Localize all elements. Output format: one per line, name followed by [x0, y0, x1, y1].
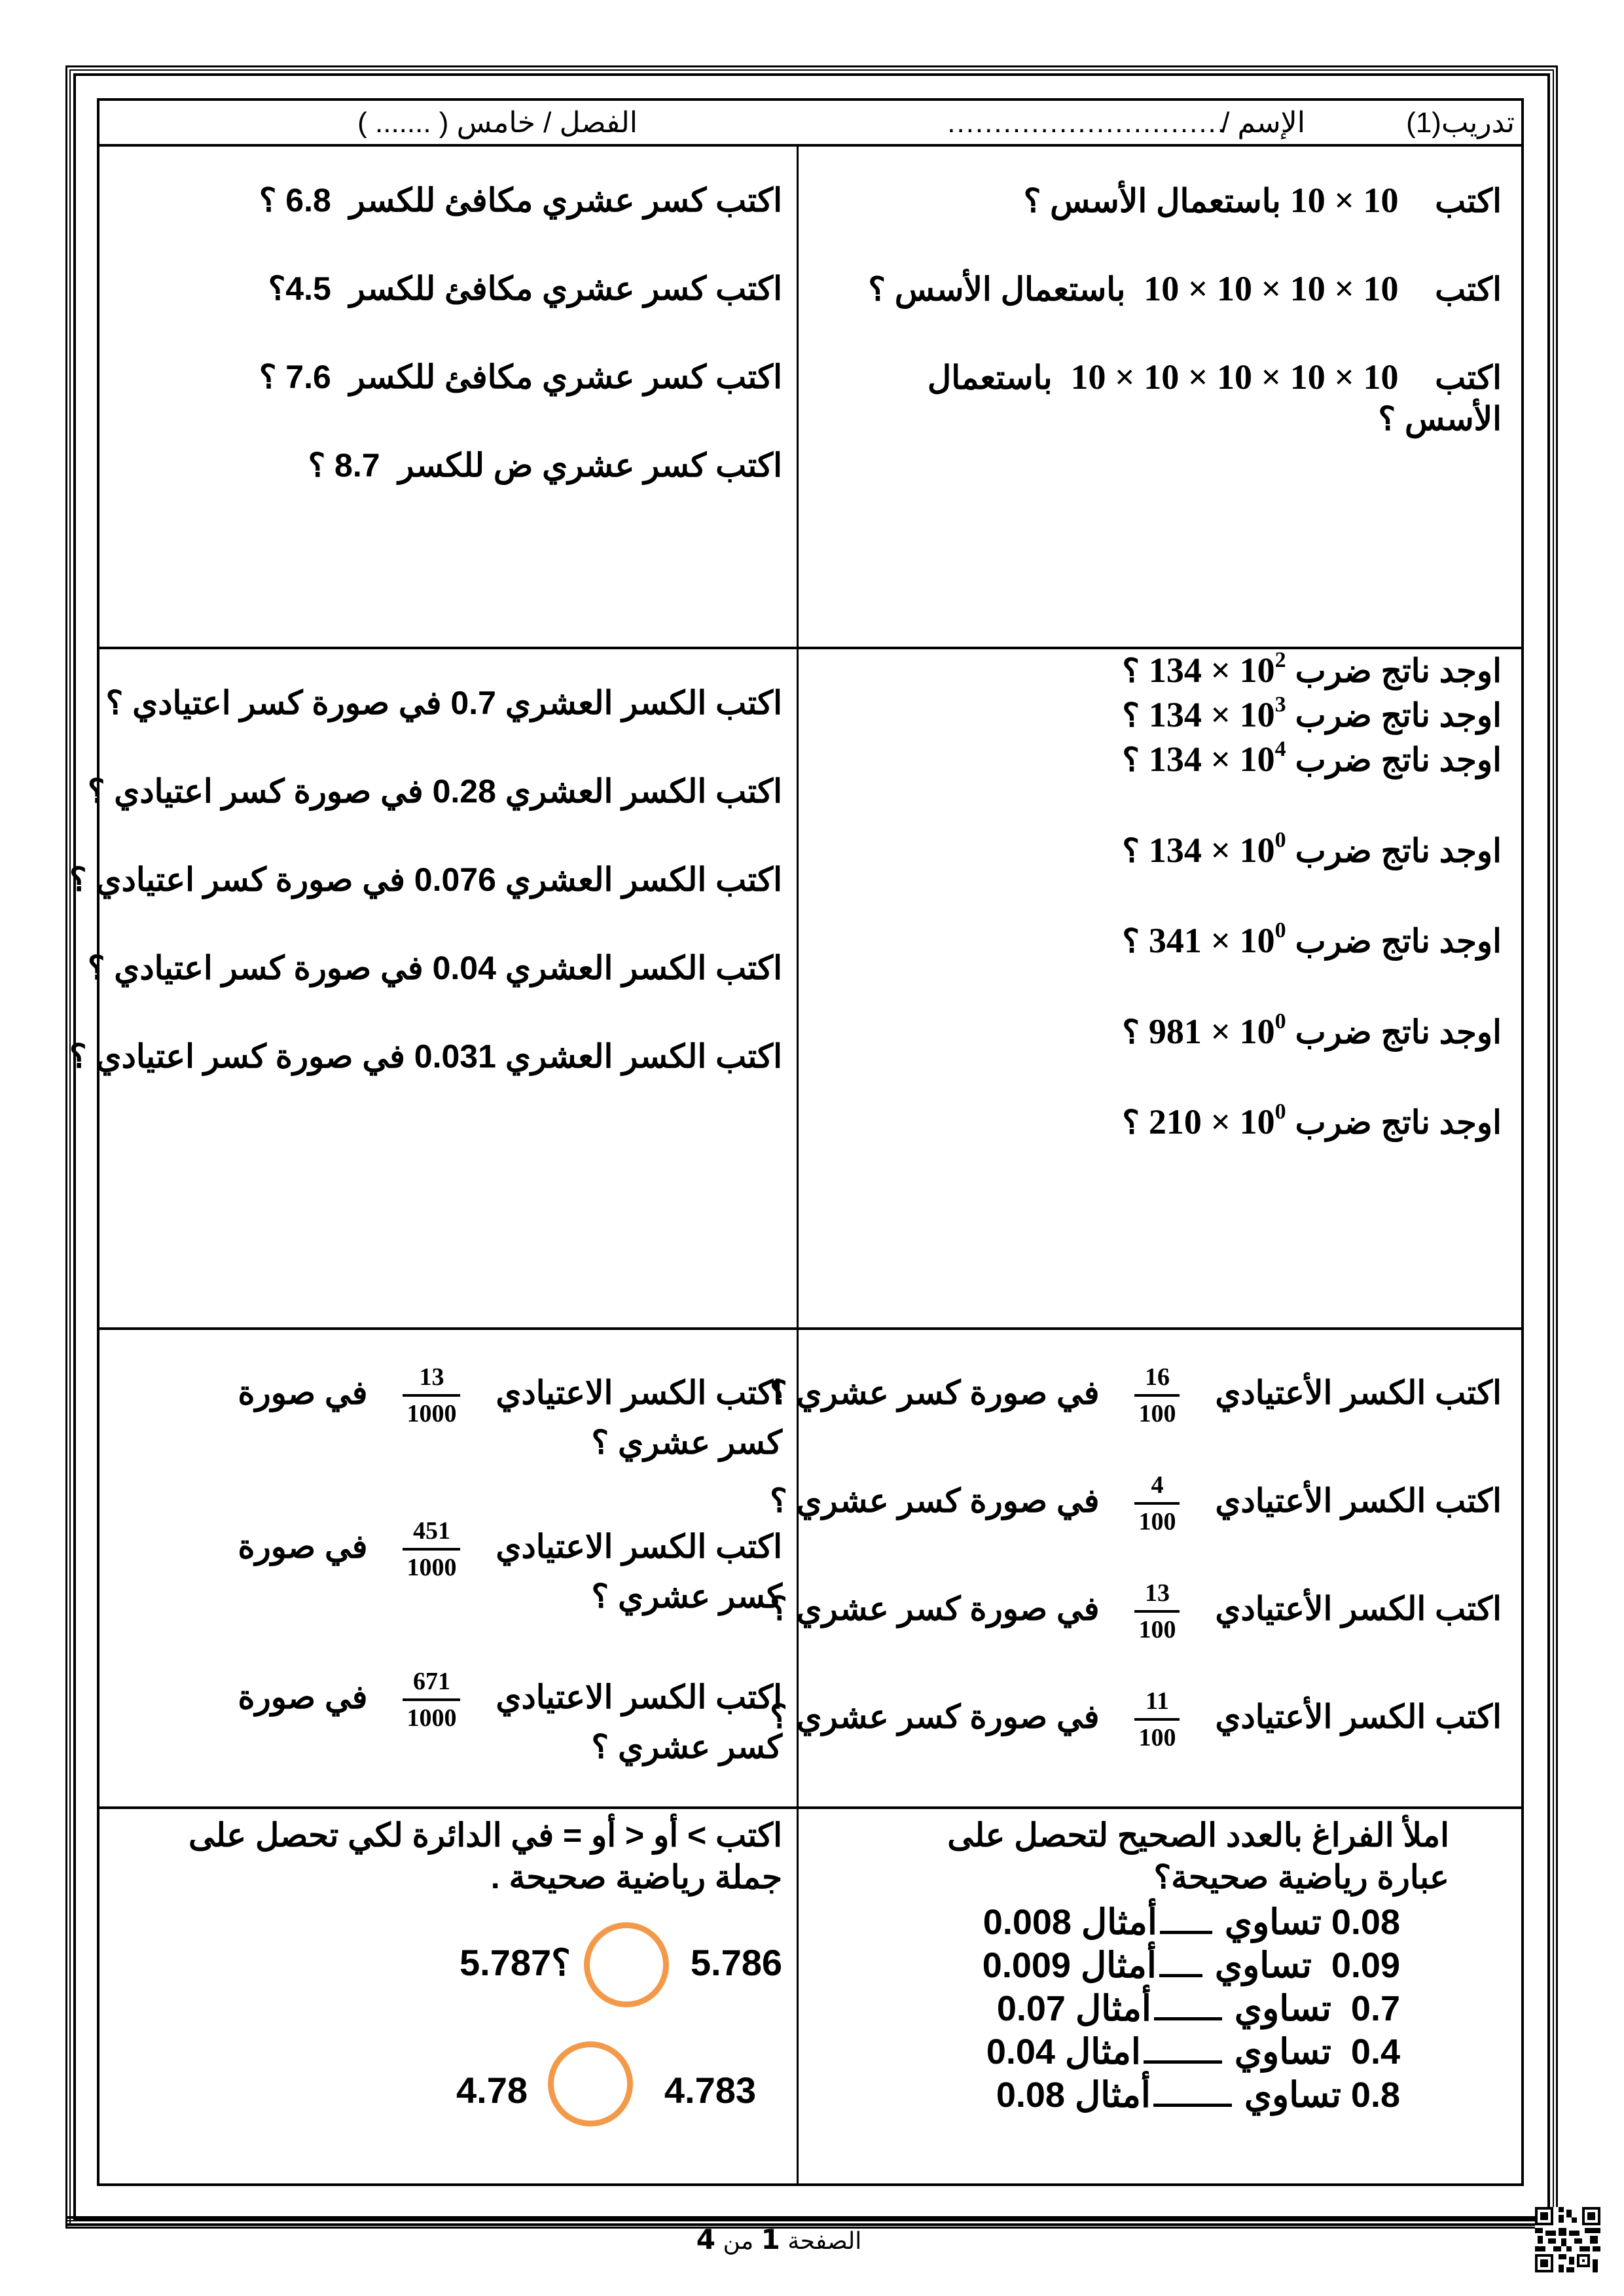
- question-item: اكتب الكسر الأعتيادي 11100 في صورة كسر ع…: [770, 1687, 1502, 1752]
- question-item: اكتب كسر عشري ض للكسر 8.7 ؟: [308, 444, 782, 486]
- question-item: اكتب الكسر العشري 0.7 في صورة كسر اعتياد…: [106, 682, 782, 724]
- question-suffix: باستعمال الأسس ؟: [868, 271, 1125, 308]
- times-word: أمثال: [1081, 1946, 1157, 1985]
- question-suffix: في صورة كسر اعتيادي ؟: [69, 861, 405, 898]
- question-suffix: في صورة كسر عشري ؟: [770, 1590, 1099, 1627]
- question-item: اوجد ناتج ضرب 134 × 100 ؟: [1122, 829, 1502, 872]
- question-mark: ؟: [308, 447, 326, 484]
- fraction: 6711000: [403, 1667, 460, 1732]
- question-prefix: اكتب الكسر الأعتيادي: [1215, 1482, 1502, 1519]
- question-prefix: اكتب الكسر الاعتيادي: [496, 1528, 782, 1565]
- page-current: 1: [761, 2223, 780, 2255]
- question-value: 4.5: [285, 270, 331, 307]
- answer-blank[interactable]: [1153, 2075, 1232, 2107]
- question-mark: ؟: [1122, 1104, 1140, 1141]
- question-item: اكتب كسر عشري مكافئ للكسر 4.5؟: [268, 268, 782, 310]
- fraction: 16100: [1134, 1363, 1180, 1428]
- question-value: 0.28: [433, 773, 496, 810]
- fraction: 11100: [1134, 1687, 1180, 1752]
- value: 0.09: [1331, 1946, 1400, 1985]
- worksheet-table: تدريب(1) الإسم / .......................…: [97, 98, 1524, 2186]
- question-suffix: في صورة كسر عشري ؟: [770, 1482, 1099, 1519]
- question-text: اوجد ناتج ضرب: [1295, 742, 1502, 778]
- value: 0.04: [986, 2032, 1055, 2072]
- question-text: اكتب كسر عشري مكافئ للكسر: [350, 359, 782, 395]
- instruction-text: جملة رياضية صحيحة .: [491, 1856, 782, 1898]
- fill-blank-item: 0.7 تساوي أمثال 0.07: [997, 1987, 1400, 2030]
- question-prefix: اكتب: [1435, 359, 1502, 396]
- question-text: اوجد ناتج ضرب: [1295, 653, 1502, 689]
- math-expression: 134 × 104: [1149, 738, 1286, 780]
- math-expression: 210 × 100: [1149, 1101, 1286, 1143]
- comparison-value-a: 5.786: [691, 1940, 782, 1986]
- math-expression: 10 × 10: [1290, 179, 1399, 221]
- powers-of-ten-section: اوجد ناتج ضرب 134 × 102 ؟ اوجد ناتج ضرب …: [797, 649, 1521, 1327]
- instruction-text: املأ الفراغ بالعدد الصحيح لتحصل على: [947, 1814, 1449, 1856]
- fill-in-blank-section: املأ الفراغ بالعدد الصحيح لتحصل على عبار…: [797, 1809, 1521, 2186]
- question-prefix: اكتب الكسر العشري: [505, 950, 782, 986]
- qr-code-icon: [1535, 2207, 1600, 2272]
- worksheet-header: تدريب(1) الإسم / .......................…: [99, 101, 1521, 147]
- student-name-label: الإسم /: [1221, 105, 1305, 141]
- value: 0.08: [1331, 1903, 1400, 1942]
- question-suffix: في صورة كسر عشري ؟: [770, 1374, 1099, 1411]
- question-text: اوجد ناتج ضرب: [1295, 697, 1502, 734]
- question-text: اوجد ناتج ضرب: [1295, 1014, 1502, 1050]
- value: 0.009: [983, 1946, 1071, 1985]
- fraction: 4100: [1134, 1471, 1180, 1536]
- equals-word: تساوي: [1215, 1946, 1312, 1985]
- comparison-value-b: 4.78: [456, 2068, 528, 2113]
- question-text: اكتب كسر عشري ض للكسر: [398, 447, 782, 484]
- student-name-field[interactable]: ..............................: [947, 105, 1227, 141]
- question-prefix: اكتب الكسر العشري: [505, 861, 782, 898]
- question-value: 0.076: [414, 861, 496, 898]
- question-text: اوجد ناتج ضرب: [1295, 1104, 1502, 1141]
- answer-blank[interactable]: [1144, 2032, 1222, 2064]
- math-expression: 134 × 103: [1149, 694, 1286, 736]
- question-item: اكتب الكسر الأعتيادي 13100 في صورة كسر ع…: [770, 1579, 1502, 1644]
- question-continuation: الأسس ؟: [1379, 398, 1502, 440]
- section-row-2: اوجد ناتج ضرب 134 × 102 ؟ اوجد ناتج ضرب …: [99, 649, 1521, 1330]
- question-prefix: اكتب: [1435, 271, 1502, 308]
- question-mark: ؟: [1122, 1014, 1140, 1050]
- question-item: اكتب الكسر العشري 0.076 في صورة كسر اعتي…: [69, 859, 782, 901]
- equals-word: تساوي: [1235, 1989, 1331, 2028]
- times-word: أمثال: [1075, 2075, 1151, 2115]
- question-prefix: اكتب الكسر العشري: [505, 773, 782, 810]
- question-prefix: اكتب الكسر الأعتيادي: [1215, 1374, 1502, 1411]
- section-row-1: اكتب 10 × 10 باستعمال الأسس ؟ اكتب 10 × …: [99, 147, 1521, 649]
- question-prefix: اكتب الكسر العشري: [505, 685, 782, 721]
- footer-rule: [65, 2220, 1558, 2221]
- question-suffix: في صورة كسر اعتيادي ؟: [88, 773, 424, 810]
- value: 0.4: [1351, 2032, 1400, 2072]
- worksheet-title: تدريب(1): [1406, 105, 1515, 141]
- question-item: اوجد ناتج ضرب 210 × 100 ؟: [1122, 1101, 1502, 1143]
- question-mark: ؟: [1122, 923, 1140, 960]
- times-word: امثال: [1065, 2032, 1141, 2072]
- section-row-4: املأ الفراغ بالعدد الصحيح لتحصل على عبار…: [99, 1809, 1521, 2186]
- equals-word: تساوي: [1225, 1903, 1322, 1942]
- question-value: 0.04: [433, 950, 496, 986]
- question-value: 0.7: [450, 685, 496, 721]
- compare-decimals-section: اكتب > أو < أو = في الدائرة لكي تحصل على…: [99, 1809, 802, 2186]
- math-expression: 134 × 102: [1149, 649, 1286, 691]
- question-item: اكتب الكسر العشري 0.28 في صورة كسر اعتيا…: [88, 770, 782, 812]
- question-text: اوجد ناتج ضرب: [1295, 923, 1502, 960]
- question-prefix: اكتب الكسر العشري: [505, 1038, 782, 1075]
- question-item: اكتب الكسر الأعتيادي 16100 في صورة كسر ع…: [770, 1363, 1502, 1428]
- question-suffix: في صورة كسر اعتيادي ؟: [106, 685, 442, 721]
- question-suffix: باستعمال الأسس ؟: [1024, 183, 1281, 219]
- math-expression: 341 × 100: [1149, 920, 1286, 961]
- question-item: اكتب الكسر العشري 0.031 في صورة كسر اعتي…: [69, 1035, 782, 1077]
- question-item: اكتب 10 × 10 × 10 × 10 باستعمال الأسس ؟: [868, 268, 1502, 310]
- question-mark: ؟: [1122, 833, 1140, 869]
- comparison-circle[interactable]: [584, 1922, 669, 2007]
- math-expression: 10 × 10 × 10 × 10: [1144, 268, 1398, 310]
- question-suffix: في صورة: [238, 1374, 367, 1411]
- decimal-to-fraction-section: اكتب الكسر العشري 0.7 في صورة كسر اعتياد…: [99, 649, 802, 1327]
- question-suffix: في صورة: [238, 1528, 367, 1565]
- question-value: 0.031: [414, 1038, 496, 1075]
- footer-rule: [65, 2216, 1558, 2219]
- value: 0.07: [997, 1989, 1066, 2028]
- math-expression: 134 × 100: [1149, 829, 1286, 871]
- fill-blank-item: 0.08 تساوي أمثال 0.008: [983, 1901, 1400, 1944]
- question-value: 8.7: [334, 447, 380, 484]
- page-total: 4: [696, 2223, 715, 2255]
- question-mark: ؟: [1122, 742, 1140, 778]
- question-prefix: اكتب: [1435, 183, 1502, 219]
- question-item: اوجد ناتج ضرب 134 × 102 ؟: [1122, 649, 1502, 692]
- question-mark: ؟: [1122, 653, 1140, 689]
- question-prefix: اكتب الكسر الاعتيادي: [496, 1374, 782, 1411]
- fraction: 4511000: [403, 1516, 460, 1582]
- equals-word: تساوي: [1244, 2075, 1341, 2115]
- question-suffix: في صورة كسر اعتيادي ؟: [88, 950, 424, 986]
- value: 0.08: [996, 2075, 1065, 2115]
- value: 0.008: [983, 1903, 1072, 1942]
- decimal-equivalent-section: اكتب كسر عشري مكافئ للكسر 6.8 ؟ اكتب كسر…: [99, 147, 802, 647]
- times-word: أمثال: [1075, 1989, 1151, 2028]
- answer-blank[interactable]: [1160, 1903, 1212, 1934]
- fraction-hundredths-section: اكتب الكسر الأعتيادي 16100 في صورة كسر ع…: [797, 1330, 1521, 1806]
- question-continuation: كسر عشري ؟: [592, 1726, 782, 1768]
- question-item: اكتب الكسر العشري 0.04 في صورة كسر اعتيا…: [88, 947, 782, 989]
- answer-blank[interactable]: [1154, 1989, 1222, 2020]
- equals-word: تساوي: [1235, 2032, 1331, 2072]
- class-field[interactable]: الفصل / خامس ( ....... ): [357, 105, 638, 141]
- fraction: 131000: [403, 1363, 460, 1428]
- question-item: اوجد ناتج ضرب 981 × 100 ؟: [1122, 1011, 1502, 1053]
- question-prefix: اكتب الكسر الأعتيادي: [1215, 1590, 1502, 1627]
- math-expression: 981 × 100: [1149, 1011, 1286, 1052]
- question-text: اكتب كسر عشري مكافئ للكسر: [350, 182, 782, 219]
- question-value: 6.8: [285, 182, 331, 219]
- question-continuation: كسر عشري ؟: [592, 1422, 782, 1463]
- question-text: اوجد ناتج ضرب: [1295, 833, 1502, 869]
- comparison-value-b: 5.787؟: [460, 1940, 571, 1986]
- answer-blank[interactable]: [1159, 1946, 1202, 1977]
- instruction-text: اكتب > أو < أو = في الدائرة لكي تحصل على: [189, 1814, 782, 1856]
- question-prefix: اكتب الكسر الاعتيادي: [496, 1679, 782, 1715]
- comparison-circle[interactable]: [548, 2041, 633, 2126]
- fraction-thousandths-section: اكتب الكسر الاعتيادي 131000 في صورة كسر …: [99, 1330, 802, 1806]
- question-item: اكتب الكسر الأعتيادي 4100 في صورة كسر عش…: [770, 1471, 1502, 1536]
- question-item: اكتب الكسر الاعتيادي 131000 في صورة: [238, 1363, 782, 1428]
- question-continuation: كسر عشري ؟: [592, 1575, 782, 1617]
- fill-blank-item: 0.09 تساوي أمثال 0.009: [983, 1944, 1400, 1987]
- value: 0.8: [1351, 2075, 1400, 2115]
- fill-blank-item: 0.4 تساوي امثال 0.04: [986, 2030, 1400, 2073]
- times-word: أمثال: [1081, 1903, 1157, 1942]
- question-item: اكتب الكسر الاعتيادي 6711000 في صورة: [238, 1667, 782, 1732]
- instruction-text: عبارة رياضية صحيحة؟: [1154, 1856, 1449, 1898]
- question-mark: ؟: [1122, 697, 1140, 734]
- question-text: اكتب كسر عشري مكافئ للكسر: [350, 270, 782, 307]
- question-item: اكتب كسر عشري مكافئ للكسر 7.6 ؟: [259, 356, 782, 398]
- question-suffix: في صورة كسر اعتيادي ؟: [69, 1038, 405, 1075]
- page-number: الصفحة 1 من 4: [655, 2225, 903, 2256]
- value: 0.7: [1351, 1989, 1400, 2028]
- fraction: 13100: [1134, 1579, 1180, 1644]
- question-item: اوجد ناتج ضرب 341 × 100 ؟: [1122, 920, 1502, 962]
- question-item: اكتب 10 × 10 × 10 × 10 × 10 باستعمال: [928, 356, 1502, 399]
- question-prefix: اكتب الكسر الأعتيادي: [1215, 1698, 1502, 1735]
- page-of: من: [723, 2228, 753, 2255]
- comparison-value-a: 4.783: [664, 2068, 756, 2113]
- question-suffix: في صورة كسر عشري ؟: [770, 1698, 1099, 1735]
- question-item: اوجد ناتج ضرب 134 × 104 ؟: [1122, 738, 1502, 781]
- section-row-3: اكتب الكسر الأعتيادي 16100 في صورة كسر ع…: [99, 1330, 1521, 1809]
- question-item: اكتب 10 × 10 باستعمال الأسس ؟: [1024, 179, 1502, 222]
- exponent-notation-section: اكتب 10 × 10 باستعمال الأسس ؟ اكتب 10 × …: [797, 147, 1521, 647]
- question-item: اوجد ناتج ضرب 134 × 103 ؟: [1122, 694, 1502, 736]
- math-expression: 10 × 10 × 10 × 10 × 10: [1070, 356, 1398, 398]
- question-suffix: باستعمال: [928, 359, 1053, 396]
- question-item: اكتب الكسر الاعتيادي 4511000 في صورة: [238, 1516, 782, 1582]
- question-mark: ؟: [259, 182, 277, 219]
- question-suffix: في صورة: [238, 1679, 367, 1715]
- question-item: اكتب كسر عشري مكافئ للكسر 6.8 ؟: [259, 179, 782, 221]
- fill-blank-item: 0.8 تساوي أمثال 0.08: [996, 2073, 1400, 2117]
- question-mark: ؟: [268, 270, 286, 307]
- question-value: 7.6: [285, 359, 331, 395]
- question-mark: ؟: [259, 359, 277, 395]
- page-label: الصفحة: [787, 2228, 861, 2255]
